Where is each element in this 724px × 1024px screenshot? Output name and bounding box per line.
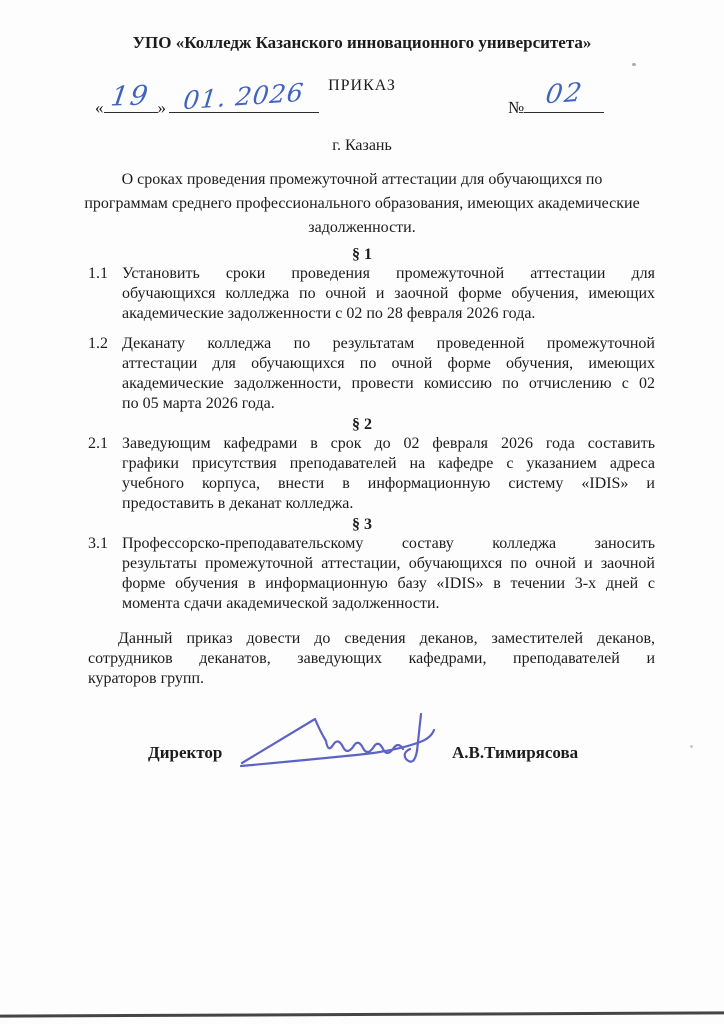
closing-line: кураторов групп. [88,669,655,689]
clause-line: учебного корпуса, внести в информационну… [122,474,655,494]
section-heading: § 1 [0,246,724,264]
scanned-order-page: УПО «Колледж Казанского инновационного у… [0,0,724,1024]
clause-2-1: 2.1 Заведующим кафедрами в срок до 02 фе… [88,434,655,514]
scan-speck [632,63,636,66]
handwritten-month-year: 01. 2026 [182,78,306,116]
number-underline: 02 [524,82,604,113]
clause-number: 3.1 [88,534,108,554]
closing-line: сотрудников деканатов, заведующих кафедр… [88,649,655,669]
scan-edge-line [0,1011,724,1017]
clause-line: Профессорско-преподавательскому составу … [122,534,655,554]
subject-line: задолженности. [56,216,668,240]
clause-line: Деканату колледжа по результатам проведе… [122,334,655,354]
clause-number: 1.1 [88,264,108,284]
subject-line: О сроках проведения промежуточной аттест… [56,168,668,192]
clause-1-1: 1.1 Установить сроки проведения промежут… [88,264,655,324]
date-line: «19»01. 2026 [95,82,319,113]
clause-line: предоставить в деканат колледжа. [122,494,655,514]
clause-line: форме обучения в информационную базу «ID… [122,574,655,594]
clause-line: Установить сроки проведения промежуточно… [122,264,655,284]
clause-line: академические задолженности, провести ко… [122,374,655,394]
org-name: УПО «Колледж Казанского инновационного у… [0,0,724,54]
clause-line: обучающихся колледжа по очной и заочной … [122,284,655,304]
scan-speck [690,745,693,748]
signature-ink [236,709,436,786]
date-open-quote: « [95,98,104,117]
signature-block: Директор А.В.Тимирясова [0,719,724,809]
signer-role: Директор [148,743,222,763]
subject-line: программам среднего профессионального об… [56,192,668,216]
handwritten-number: 02 [543,78,585,111]
number-line: №02 [508,82,604,113]
date-close-quote: » [158,98,167,117]
date-day-underline: 19 [104,82,158,113]
clause-line: момента сдачи академической задолженност… [122,594,655,614]
city-label: г. Казань [0,137,724,155]
clause-3-1: 3.1 Профессорско-преподавательскому сост… [88,534,655,614]
subject-block: О сроках проведения промежуточной аттест… [56,168,668,240]
clause-line: графики присутствия преподавателей на ка… [122,454,655,474]
clause-1-2: 1.2 Деканату колледжа по результатам про… [88,334,655,414]
clause-number: 2.1 [88,434,108,454]
signer-name: А.В.Тимирясова [452,743,578,763]
closing-line: Данный приказ довести до сведения декано… [88,629,655,649]
clause-line: аттестации для обучающихся по очной форм… [122,354,655,374]
doc-type-title: ПРИКАЗ [328,77,396,95]
date-monthyear-underline: 01. 2026 [169,82,319,113]
section-heading: § 3 [0,516,724,534]
clause-line: по 05 марта 2026 года. [122,394,655,414]
clause-line: Заведующим кафедрами в срок до 02 феврал… [122,434,655,454]
order-header-zone: ПРИКАЗ «19»01. 2026 №02 г. Казань [0,54,724,166]
section-heading: § 2 [0,416,724,434]
clause-line: академические задолженности с 02 по 28 ф… [122,304,655,324]
number-sign: № [508,98,524,117]
closing-paragraph: Данный приказ довести до сведения декано… [88,629,655,689]
clause-line: результаты промежуточной аттестации, обу… [122,554,655,574]
handwritten-day: 19 [109,81,152,112]
clause-number: 1.2 [88,334,108,354]
